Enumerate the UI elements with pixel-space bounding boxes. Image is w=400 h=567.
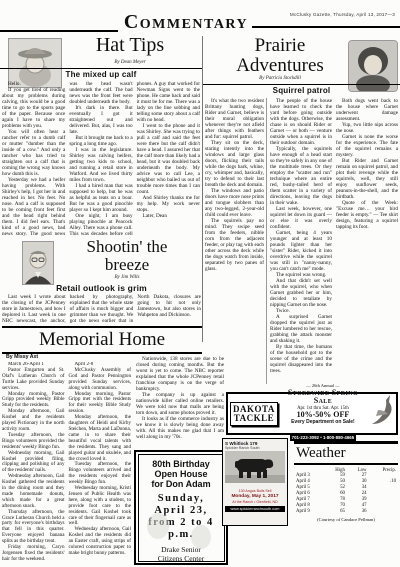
paragraph: Pastor Emgarten and St. Olaf's Lutheran …	[2, 368, 65, 392]
column-divider	[266, 98, 267, 384]
paragraph: It's dark in there. But eventually I got…	[69, 105, 132, 135]
paragraph: Quote of the Week: "Excuse me… your bird…	[336, 200, 398, 230]
weather-row: April 96536	[294, 509, 398, 515]
weather-table: High Low Precip. April 35927April 45030.…	[294, 468, 398, 515]
weather-rule-bottom	[294, 463, 398, 466]
memorial-home-byline: By Missy Axt	[6, 354, 38, 360]
paragraph: They sit on the deck, staring intently i…	[205, 140, 264, 188]
paragraph: I was in the legislature. Shirley was ca…	[69, 147, 132, 183]
paragraph: Monday afternoon, the daughters of Heidi…	[69, 415, 132, 462]
weather-rule-top	[294, 441, 398, 444]
paragraph: Monday morning, Pastor Gripp met with th…	[69, 392, 132, 416]
paragraph: You will often hear a rancher refer to a…	[2, 129, 65, 177]
paragraph: A surprised Garnet dropped the squirrel …	[270, 314, 332, 344]
masthead-rule-left	[0, 30, 118, 32]
bull-sale-ad: S Whitlock 179 Spickler Ranch South 130 …	[222, 438, 288, 526]
paragraph: Tuesday afternoon, the Bingo volunteers …	[2, 433, 65, 451]
paragraph: And that didn't set well with the squirr…	[270, 278, 332, 308]
birthday-ad-venue: Drake Senior Citizens Center	[139, 545, 224, 562]
birthday-when-line: Sunday,	[139, 493, 224, 505]
prairie-byline: By Patricia Stockdill	[205, 76, 355, 81]
breeze-title-line2: breeze	[52, 256, 202, 274]
birthday-ad-inner: 80th Birthday Open House for Don Adam Su…	[138, 454, 225, 562]
breeze-body-continuation: Nationwide, 138 stores are due to be clo…	[136, 356, 224, 448]
birthday-ad-title: 80th Birthday Open House for Don Adam	[139, 459, 224, 489]
paragraph: Monday afternoon, Gail Koshel and the re…	[2, 409, 65, 433]
balloon-decoration	[147, 513, 169, 539]
paragraph: The people of the house have learned to …	[270, 98, 332, 146]
hat-tips-title: Hat Tips	[58, 35, 202, 56]
bull-ad-location: At the Ranch • Glenfield, ND	[225, 500, 285, 504]
birthday-title-line: Open House	[139, 469, 224, 479]
breeze-body-intro: Last week I wrote about the closing of t…	[2, 294, 201, 324]
paragraph: McClusky Assembly of God and Pastor Penn…	[69, 368, 132, 392]
paragraph: The squirrels pay no mind. They swipe se…	[205, 218, 264, 272]
memorial-home-body: March 26-April 1Pastor Emgarten and St. …	[2, 362, 131, 565]
hat-tips-byline: By Dean Meyer	[58, 60, 202, 65]
paragraph: If you get tired of reading about my pro…	[2, 87, 65, 129]
newspaper-page: McClusky Gazette, Thursday, April 13, 20…	[0, 0, 400, 567]
birthday-title-line: 80th Birthday	[139, 459, 224, 469]
hat-tips-subhead: The mixed up calf	[0, 70, 202, 79]
paragraph: It looks as if the commerce industry as …	[136, 416, 224, 440]
paragraph: By that time, the humans of the househol…	[270, 344, 332, 374]
paragraph: Monday morning, Pastor Gripp provided we…	[2, 392, 65, 410]
paragraph: Garnet is none the worse for the experie…	[336, 134, 398, 158]
paragraph: The windows and patio doors have more no…	[205, 188, 264, 218]
paragraph: Typically, the squirrels have enough of …	[270, 146, 332, 206]
prairie-subhead: Squirrel patrol	[203, 86, 400, 95]
dakota-tackle-ad: DAKOTA TACKLE — 26th Annual — Storewide …	[226, 392, 398, 435]
prairie-body-columns-2-3: The people of the house have learned to …	[270, 98, 398, 384]
prairie-title-line2: Adventures	[205, 56, 355, 76]
paragraph: Wednesday afternoon, Gail Koshel and the…	[69, 527, 132, 557]
prairie-title-line1: Prairie	[205, 36, 355, 56]
bull-ad-date: Monday, May 1, 2017	[225, 494, 285, 499]
paragraph: It's what the two resident Brittany hunt…	[205, 98, 264, 140]
weather-box: Weather High Low Precip. April 35927Apri…	[294, 441, 398, 522]
weather-title: Weather	[296, 445, 398, 462]
paragraph: But Rider and Garnet remain on squirrel …	[336, 158, 398, 200]
paragraph: Tuesday afternoon, the Bingo volunteers …	[69, 462, 132, 486]
section-title: Commentary	[104, 11, 268, 34]
memorial-home-title: Memorial Home	[2, 326, 202, 354]
bull-ad-subheader: Spickler Ranch South	[225, 446, 285, 450]
fish-icon	[368, 394, 394, 433]
paragraph: Wednesday morning, Kristi Jensen of Publ…	[69, 486, 132, 527]
masthead-rule-right	[252, 26, 400, 28]
bull-ad-red-line: 130 Angus Bulls Sell	[225, 489, 285, 493]
prairie-body-column-1: It's what the two resident Brittany hunt…	[205, 98, 264, 330]
dakota-tackle-logo: DAKOTA TACKLE	[230, 402, 278, 426]
paragraph: And Shirley thanks me for my help. My wo…	[137, 195, 200, 213]
paragraph: Garnet, being 4 years younger and at lea…	[270, 230, 332, 272]
prairie-title: Prairie Adventures	[205, 36, 355, 76]
balloon-decoration	[191, 525, 211, 549]
breeze-subhead: Retail outlook is grim	[0, 283, 203, 293]
column-divider	[202, 36, 203, 342]
paragraph: Later, Dean	[137, 213, 200, 219]
dakota-ad-text: — 26th Annual — Storewide Spring Sale Ap…	[278, 384, 368, 444]
paragraph: But it brought me back to a spring a lon…	[69, 135, 132, 147]
bull-ad-website: www.spicklerranchsouth.com	[225, 506, 285, 512]
bull-photo	[225, 451, 285, 488]
paragraph: Wednesday morning, Gail Koshel provided …	[2, 451, 65, 475]
birthday-open-house-ad: 80th Birthday Open House for Don Adam Su…	[134, 450, 228, 565]
paragraph: The company is up against a nationwide k…	[136, 392, 224, 416]
paragraph: Yup, two little nips across the nose.	[336, 122, 398, 134]
dateline: McClusky Gazette, Thursday, April 13, 20…	[290, 12, 395, 17]
dakota-sale-title: Storewide Spring Sale	[278, 389, 368, 407]
birthday-venue-line: Drake Senior	[139, 545, 224, 554]
breeze-title-line1: Shootin' the	[52, 238, 202, 256]
paragraph: Friday morning, Caryn Jorgensen fixed th…	[2, 545, 65, 563]
paragraph: Wednesday afternoon, Gail Koshel gathere…	[2, 474, 65, 509]
breeze-title: Shootin' the breeze	[52, 238, 202, 274]
birthday-title-line: for Don Adam	[139, 479, 224, 489]
dakota-logo-line: TACKLE	[233, 414, 275, 423]
paragraph: Nationwide, 138 stores are due to be clo…	[136, 356, 224, 392]
dakota-sale-tagline: Every Department on Sale!	[278, 420, 368, 426]
hat-tips-body: Hello.If you get tired of reading about …	[2, 81, 200, 237]
paragraph: I had a hired man that was supposed to h…	[69, 183, 132, 213]
paragraph: I went to the phone and it was Shirley. …	[137, 123, 200, 195]
prairie-rule	[203, 84, 400, 85]
paragraph: Last week, however, one squirrel let dow…	[270, 206, 332, 230]
paragraph: Thursday afternoon, the Grace Lutheran C…	[2, 510, 65, 545]
paragraph: Both dogs went back to the house where G…	[336, 98, 398, 122]
birthday-venue-line: Citizens Center	[139, 554, 224, 562]
weather-courtesy: (Courtesy of Candace Pellman)	[294, 517, 398, 522]
breeze-byline: By Jim Wills	[52, 275, 202, 280]
jim-wills-photo	[22, 241, 54, 285]
paragraph: Last week I wrote about the closing of t…	[2, 294, 201, 324]
hat-tips-rule	[0, 68, 202, 69]
